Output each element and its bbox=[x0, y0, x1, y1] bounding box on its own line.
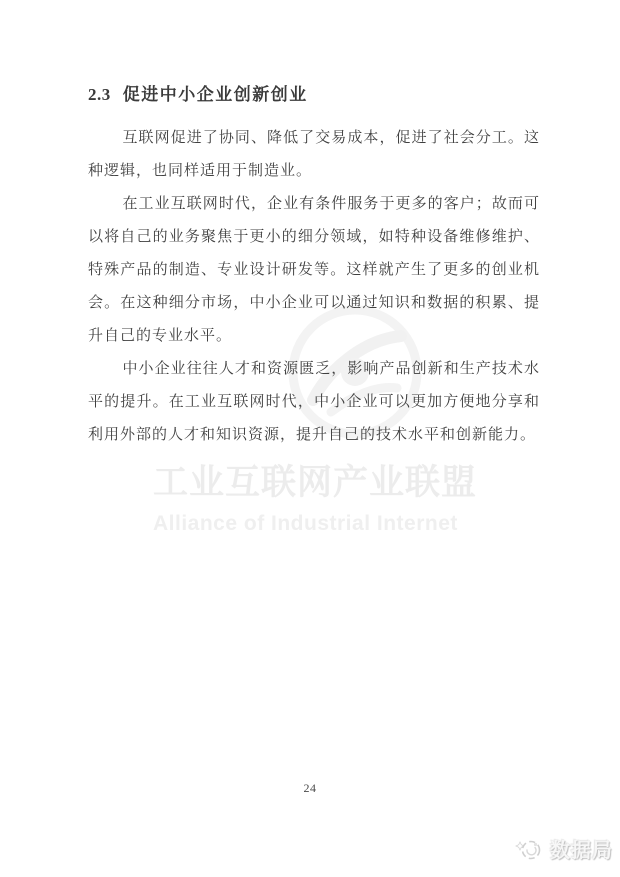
section-heading: 2.3促进中小企业创新创业 bbox=[88, 80, 308, 105]
section-number: 2.3 bbox=[88, 85, 111, 104]
footer-brand-text: 数据局 bbox=[550, 834, 613, 863]
footer-brand: 数据局 bbox=[514, 834, 613, 863]
paragraph-3: 中小企业往往人才和资源匮乏，影响产品创新和生产技术水平的提升。在工业互联网时代，… bbox=[88, 353, 540, 452]
databureau-logo-icon bbox=[514, 835, 544, 863]
paragraph-2: 在工业互联网时代，企业有条件服务于更多的客户；故而可以将自己的业务聚焦于更小的细… bbox=[88, 188, 540, 353]
watermark-english: Alliance of Industrial Internet bbox=[153, 512, 477, 536]
watermark-chinese: 工业互联网产业联盟 bbox=[153, 455, 477, 505]
section-title: 促进中小企业创新创业 bbox=[123, 85, 308, 104]
document-page: 2.3促进中小企业创新创业 互联网促进了协同、降低了交易成本，促进了社会分工。这… bbox=[0, 0, 620, 877]
alliance-text-watermark: 工业互联网产业联盟 Alliance of Industrial Interne… bbox=[153, 455, 477, 536]
paragraph-1: 互联网促进了协同、降低了交易成本，促进了社会分工。这种逻辑，也同样适用于制造业。 bbox=[88, 122, 540, 188]
body-text: 互联网促进了协同、降低了交易成本，促进了社会分工。这种逻辑，也同样适用于制造业。… bbox=[88, 122, 540, 452]
page-number: 24 bbox=[0, 781, 620, 796]
